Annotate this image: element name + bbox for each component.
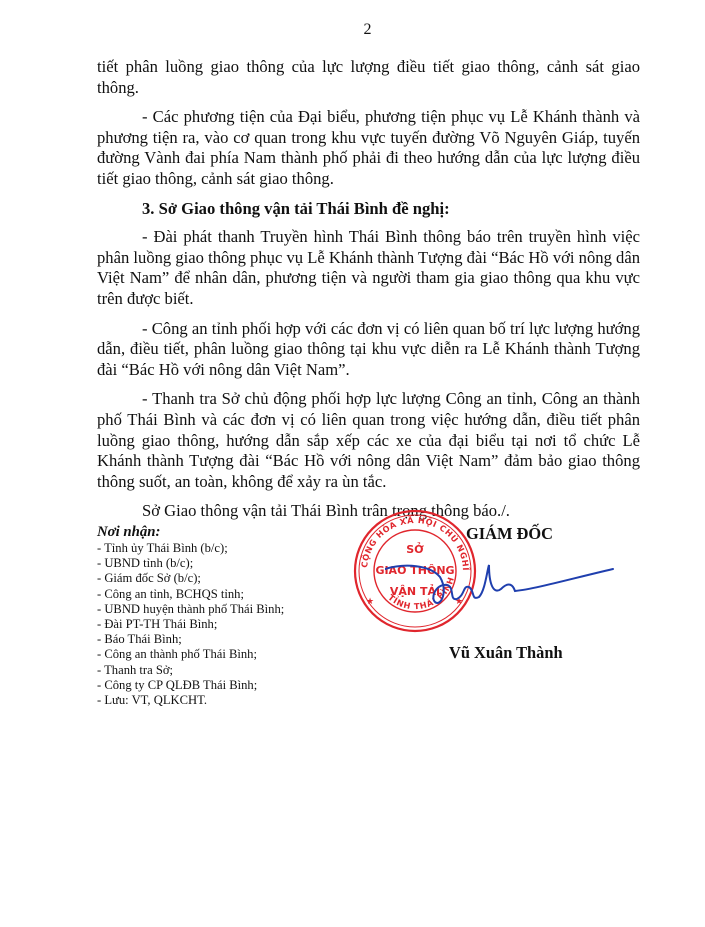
document-body: tiết phân luồng giao thông của lực lượng… (97, 57, 640, 522)
recipient-item: - Công an thành phố Thái Bình; (97, 647, 284, 662)
recipient-item: - Công ty CP QLĐB Thái Bình; (97, 678, 284, 693)
continuation-paragraph: tiết phân luồng giao thông của lực lượng… (97, 57, 640, 98)
recipients-block: Nơi nhận: - Tỉnh ủy Thái Bình (b/c); - U… (97, 524, 284, 708)
recipient-item: - Lưu: VT, QLKCHT. (97, 693, 284, 708)
recipient-item: - Giám đốc Sở (b/c); (97, 571, 284, 586)
recipient-item: - Tỉnh ủy Thái Bình (b/c); (97, 541, 284, 556)
signer-name: Vũ Xuân Thành (449, 643, 563, 663)
signer-title: GIÁM ĐỐC (466, 524, 553, 544)
svg-text:SỞ: SỞ (406, 542, 424, 556)
section-3-heading: 3. Sở Giao thông vận tải Thái Bình đề ng… (97, 199, 640, 220)
vehicles-paragraph: - Các phương tiện của Đại biểu, phương t… (97, 107, 640, 189)
svg-text:★: ★ (366, 597, 374, 607)
recipient-item: - Thanh tra Sở; (97, 663, 284, 678)
handwritten-signature (385, 555, 615, 615)
page-number: 2 (0, 21, 705, 39)
section-3-item: - Thanh tra Sở chủ động phối hợp lực lượ… (97, 389, 640, 492)
section-3-item: - Công an tỉnh phối hợp với các đơn vị c… (97, 319, 640, 381)
recipient-item: - Đài PT-TH Thái Bình; (97, 617, 284, 632)
recipients-title: Nơi nhận: (97, 524, 284, 541)
section-3-item: - Đài phát thanh Truyền hình Thái Bình t… (97, 227, 640, 309)
recipient-item: - UBND huyện thành phố Thái Bình; (97, 602, 284, 617)
recipient-item: - UBND tỉnh (b/c); (97, 556, 284, 571)
recipient-item: - Công an tỉnh, BCHQS tỉnh; (97, 587, 284, 602)
recipients-list: - Tỉnh ủy Thái Bình (b/c); - UBND tỉnh (… (97, 541, 284, 708)
recipient-item: - Báo Thái Bình; (97, 632, 284, 647)
